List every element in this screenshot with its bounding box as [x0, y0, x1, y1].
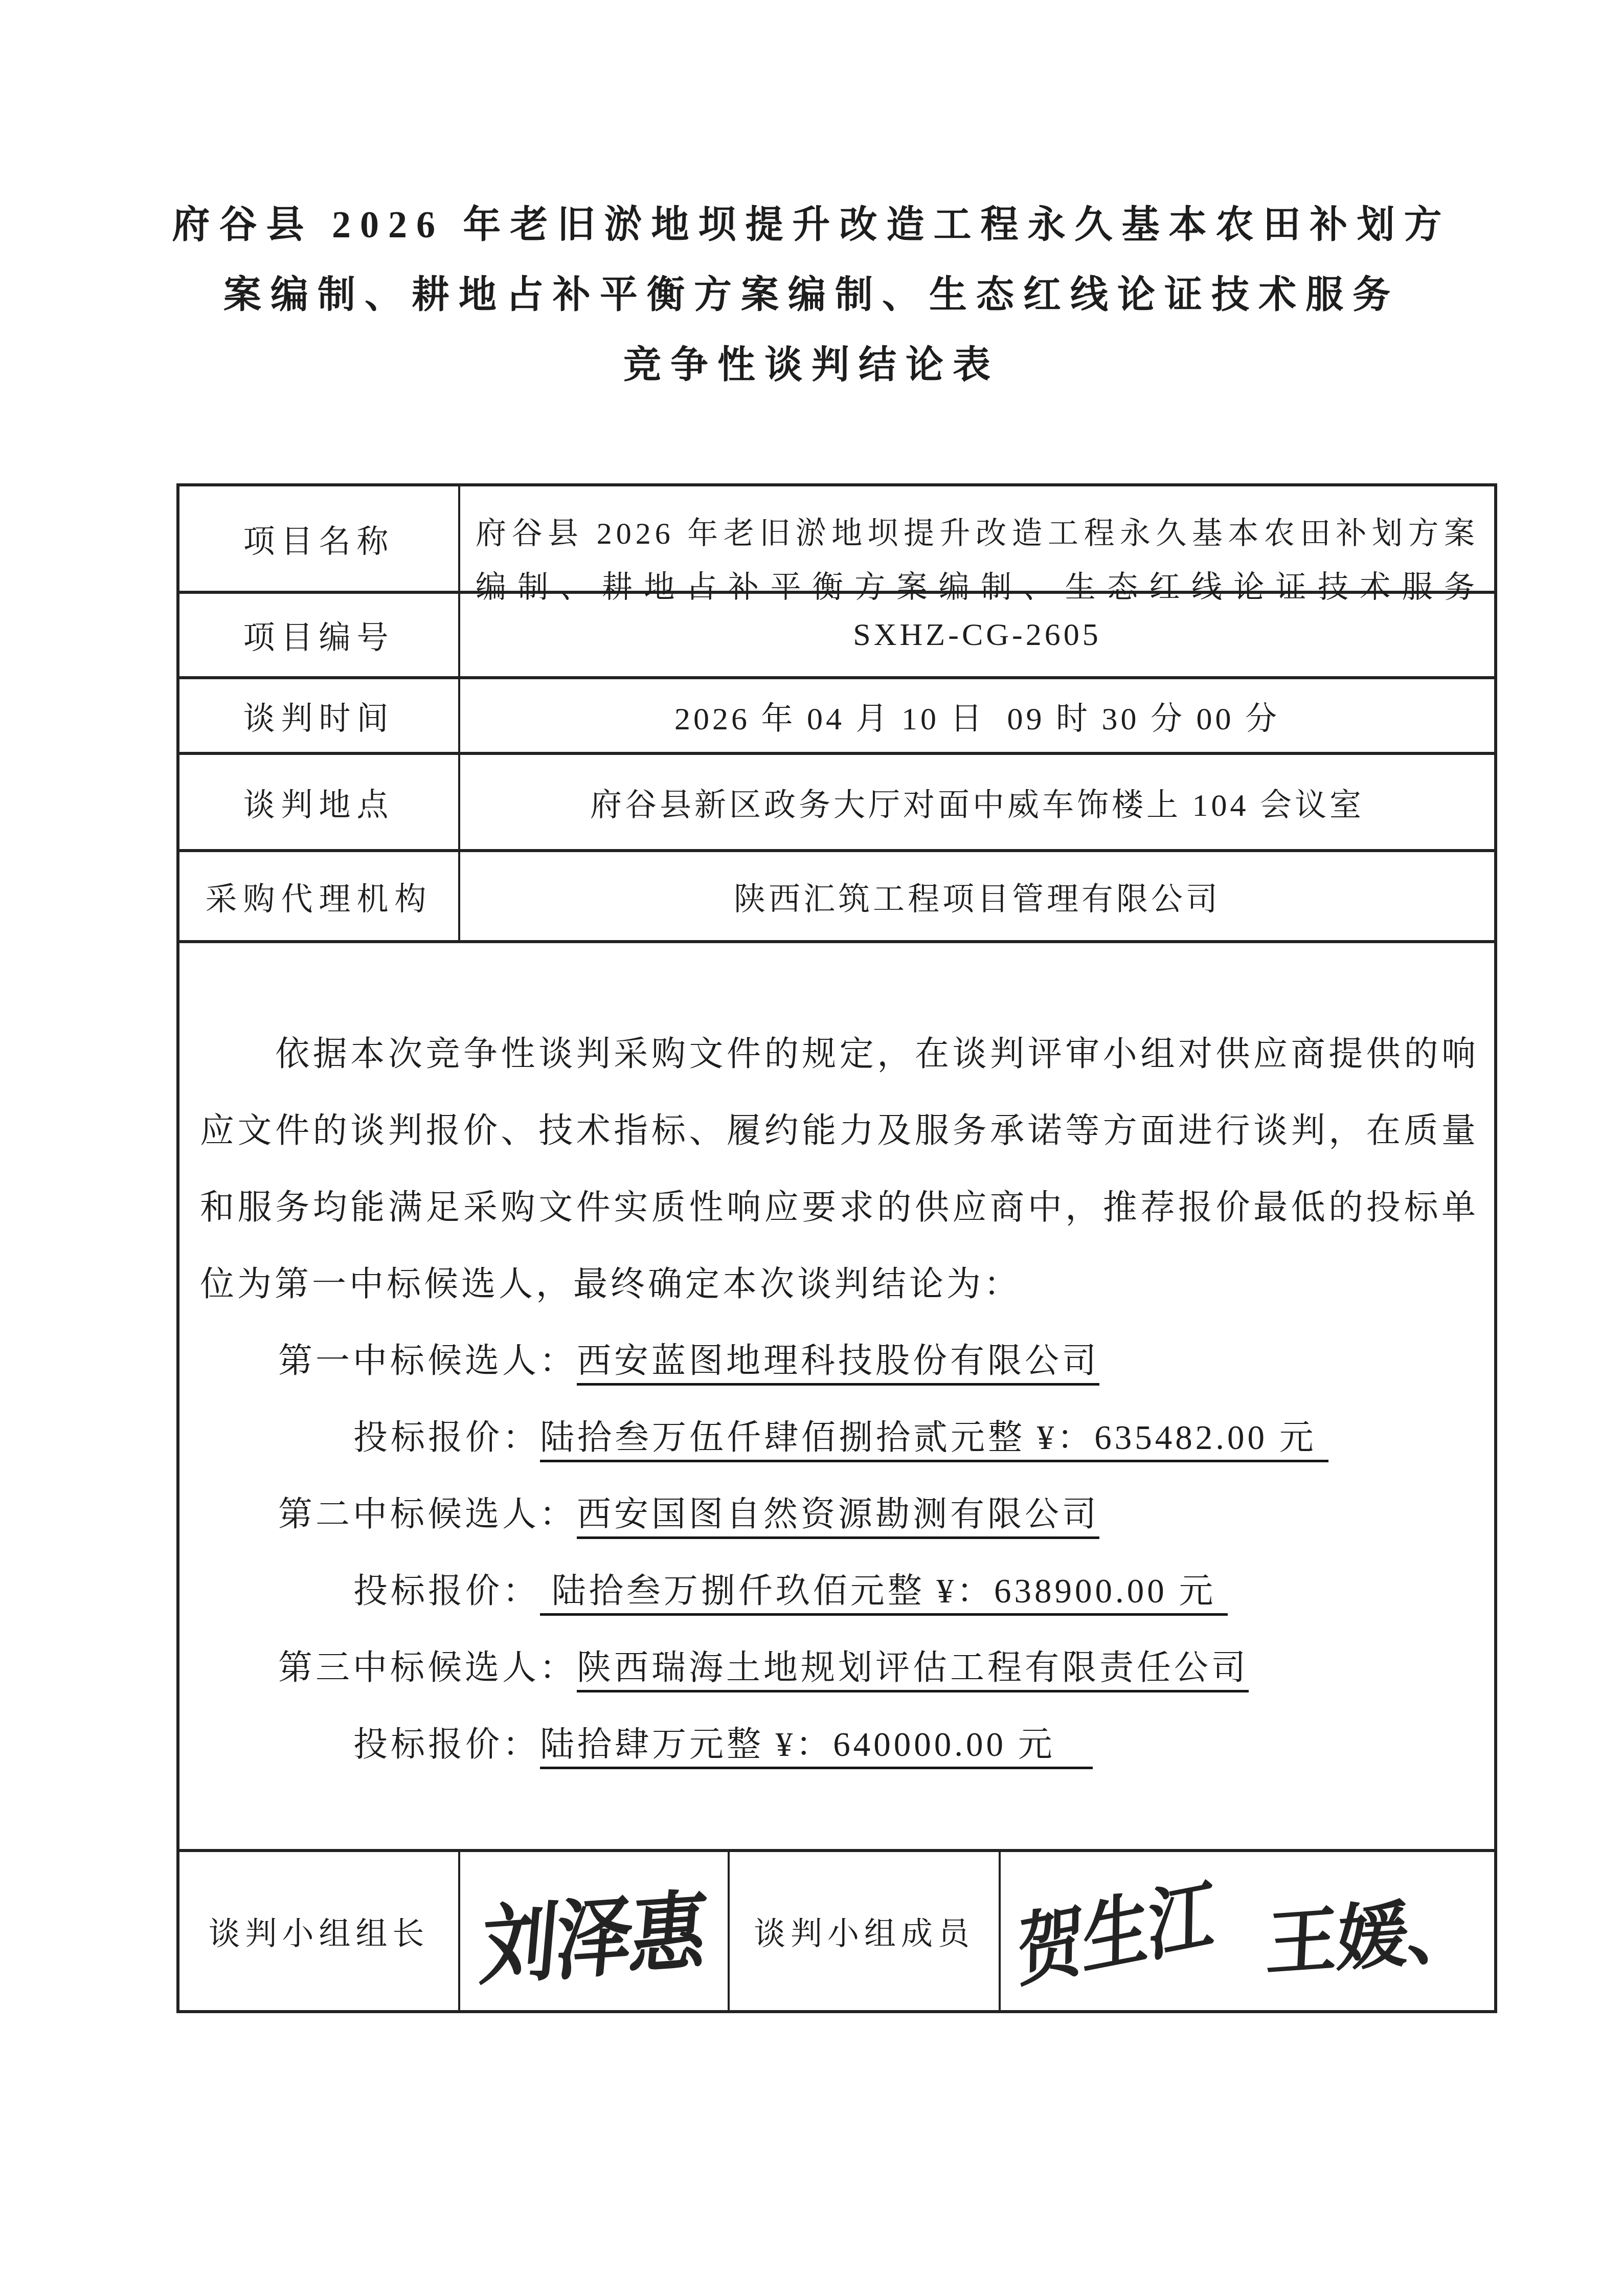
- candidate-1-company: 西安蓝图地理科技股份有限公司: [577, 1342, 1099, 1386]
- row-negotiation-time: 谈判时间 2026 年 04 月 10 日 09 时 30 分 00 分: [179, 676, 1494, 752]
- candidate-1-line: 第一中标候选人：西安蓝图地理科技股份有限公司: [200, 1323, 1479, 1399]
- member-1-handwritten-signature: 贺生江: [1017, 1851, 1215, 2003]
- document-title: 府谷县 2026 年老旧淤地坝提升改造工程永久基本农田补划方 案编制、耕地占补平…: [0, 190, 1623, 400]
- project-code-label: 项目编号: [179, 594, 460, 676]
- scanned-document-page: 府谷县 2026 年老旧淤地坝提升改造工程永久基本农田补划方 案编制、耕地占补平…: [0, 0, 1623, 2296]
- candidate-3-price-line: 投标报价：陆拾肆万元整 ¥：640000.00 元: [200, 1706, 1479, 1783]
- member-2-handwritten-signature: 王媛、: [1264, 1872, 1481, 1990]
- row-conclusion-body: 依据本次竞争性谈判采购文件的规定，在谈判评审小组对供应商提供的响 应文件的谈判报…: [179, 940, 1494, 1849]
- row-procurement-agent: 采购代理机构 陕西汇筑工程项目管理有限公司: [179, 849, 1494, 940]
- candidate-2-price-label: 投标报价：: [353, 1572, 540, 1610]
- members-signature-cell: 贺生江 王媛、: [1001, 1852, 1494, 2010]
- row-negotiation-place: 谈判地点 府谷县新区政务大厅对面中威车饰楼上 104 会议室: [179, 752, 1494, 849]
- candidate-3-line: 第三中标候选人：陕西瑞海土地规划评估工程有限责任公司: [200, 1630, 1479, 1706]
- title-line-3: 竞争性谈判结论表: [0, 330, 1623, 400]
- title-line-2: 案编制、耕地占补平衡方案编制、生态红线论证技术服务: [0, 260, 1623, 330]
- title-line-1: 府谷县 2026 年老旧淤地坝提升改造工程永久基本农田补划方: [0, 190, 1623, 260]
- negotiation-team-leader-label: 谈判小组组长: [179, 1852, 460, 2010]
- row-project-code: 项目编号 SXHZ-CG-2605: [179, 591, 1494, 676]
- candidate-2-rank-label: 第二中标候选人：: [278, 1496, 577, 1533]
- candidate-2-price-line: 投标报价： 陆拾叁万捌仟玖佰元整 ¥：638900.00 元: [200, 1553, 1479, 1630]
- leader-signature-cell: 刘泽惠: [460, 1852, 730, 2010]
- candidate-1-rank-label: 第一中标候选人：: [278, 1342, 577, 1380]
- candidate-2-company: 西安国图自然资源勘测有限公司: [577, 1496, 1099, 1539]
- candidate-2-line: 第二中标候选人：西安国图自然资源勘测有限公司: [200, 1476, 1479, 1553]
- candidate-1-price-label: 投标报价：: [353, 1419, 540, 1457]
- project-name-label: 项目名称: [179, 486, 460, 591]
- negotiation-place-value: 府谷县新区政务大厅对面中威车饰楼上 104 会议室: [460, 755, 1494, 849]
- negotiation-place-label: 谈判地点: [179, 755, 460, 849]
- candidate-3-price: 陆拾肆万元整 ¥：640000.00 元: [540, 1726, 1093, 1769]
- candidate-3-rank-label: 第三中标候选人：: [278, 1649, 577, 1687]
- row-signatures: 谈判小组组长 刘泽惠 谈判小组成员 贺生江 王媛、: [179, 1849, 1494, 2010]
- leader-handwritten-signature: 刘泽惠: [477, 1861, 711, 2001]
- candidate-1-price-line: 投标报价：陆拾叁万伍仟肆佰捌拾贰元整 ¥：635482.00 元: [200, 1399, 1479, 1476]
- candidate-2-price: 陆拾叁万捌仟玖佰元整 ¥：638900.00 元: [540, 1572, 1228, 1616]
- conclusion-paragraph-line-4: 位为第一中标候选人，最终确定本次谈判结论为：: [200, 1246, 1479, 1323]
- conclusion-paragraph-line-3: 和服务均能满足采购文件实质性响应要求的供应商中，推荐报价最低的投标单: [200, 1169, 1479, 1246]
- negotiation-team-members-label: 谈判小组成员: [730, 1852, 1001, 2010]
- candidate-1-price: 陆拾叁万伍仟肆佰捌拾贰元整 ¥：635482.00 元: [540, 1419, 1328, 1462]
- conclusion-body: 依据本次竞争性谈判采购文件的规定，在谈判评审小组对供应商提供的响 应文件的谈判报…: [179, 943, 1494, 1849]
- project-name-value: 府谷县 2026 年老旧淤地坝提升改造工程永久基本农田补划方案编制、耕地占补平衡…: [460, 486, 1494, 591]
- conclusion-paragraph-line-1: 依据本次竞争性谈判采购文件的规定，在谈判评审小组对供应商提供的响: [200, 1016, 1479, 1093]
- candidate-3-company: 陕西瑞海土地规划评估工程有限责任公司: [577, 1649, 1249, 1692]
- candidate-3-price-label: 投标报价：: [353, 1726, 540, 1764]
- negotiation-time-label: 谈判时间: [179, 679, 460, 752]
- negotiation-time-value: 2026 年 04 月 10 日 09 时 30 分 00 分: [460, 679, 1494, 752]
- procurement-agent-label: 采购代理机构: [179, 852, 460, 940]
- conclusion-paragraph-line-2: 应文件的谈判报价、技术指标、履约能力及服务承诺等方面进行谈判，在质量: [200, 1093, 1479, 1169]
- project-code-value: SXHZ-CG-2605: [460, 594, 1494, 676]
- conclusion-table: 项目名称 府谷县 2026 年老旧淤地坝提升改造工程永久基本农田补划方案编制、耕…: [176, 483, 1497, 2013]
- row-project-name: 项目名称 府谷县 2026 年老旧淤地坝提升改造工程永久基本农田补划方案编制、耕…: [179, 486, 1494, 591]
- procurement-agent-value: 陕西汇筑工程项目管理有限公司: [460, 852, 1494, 940]
